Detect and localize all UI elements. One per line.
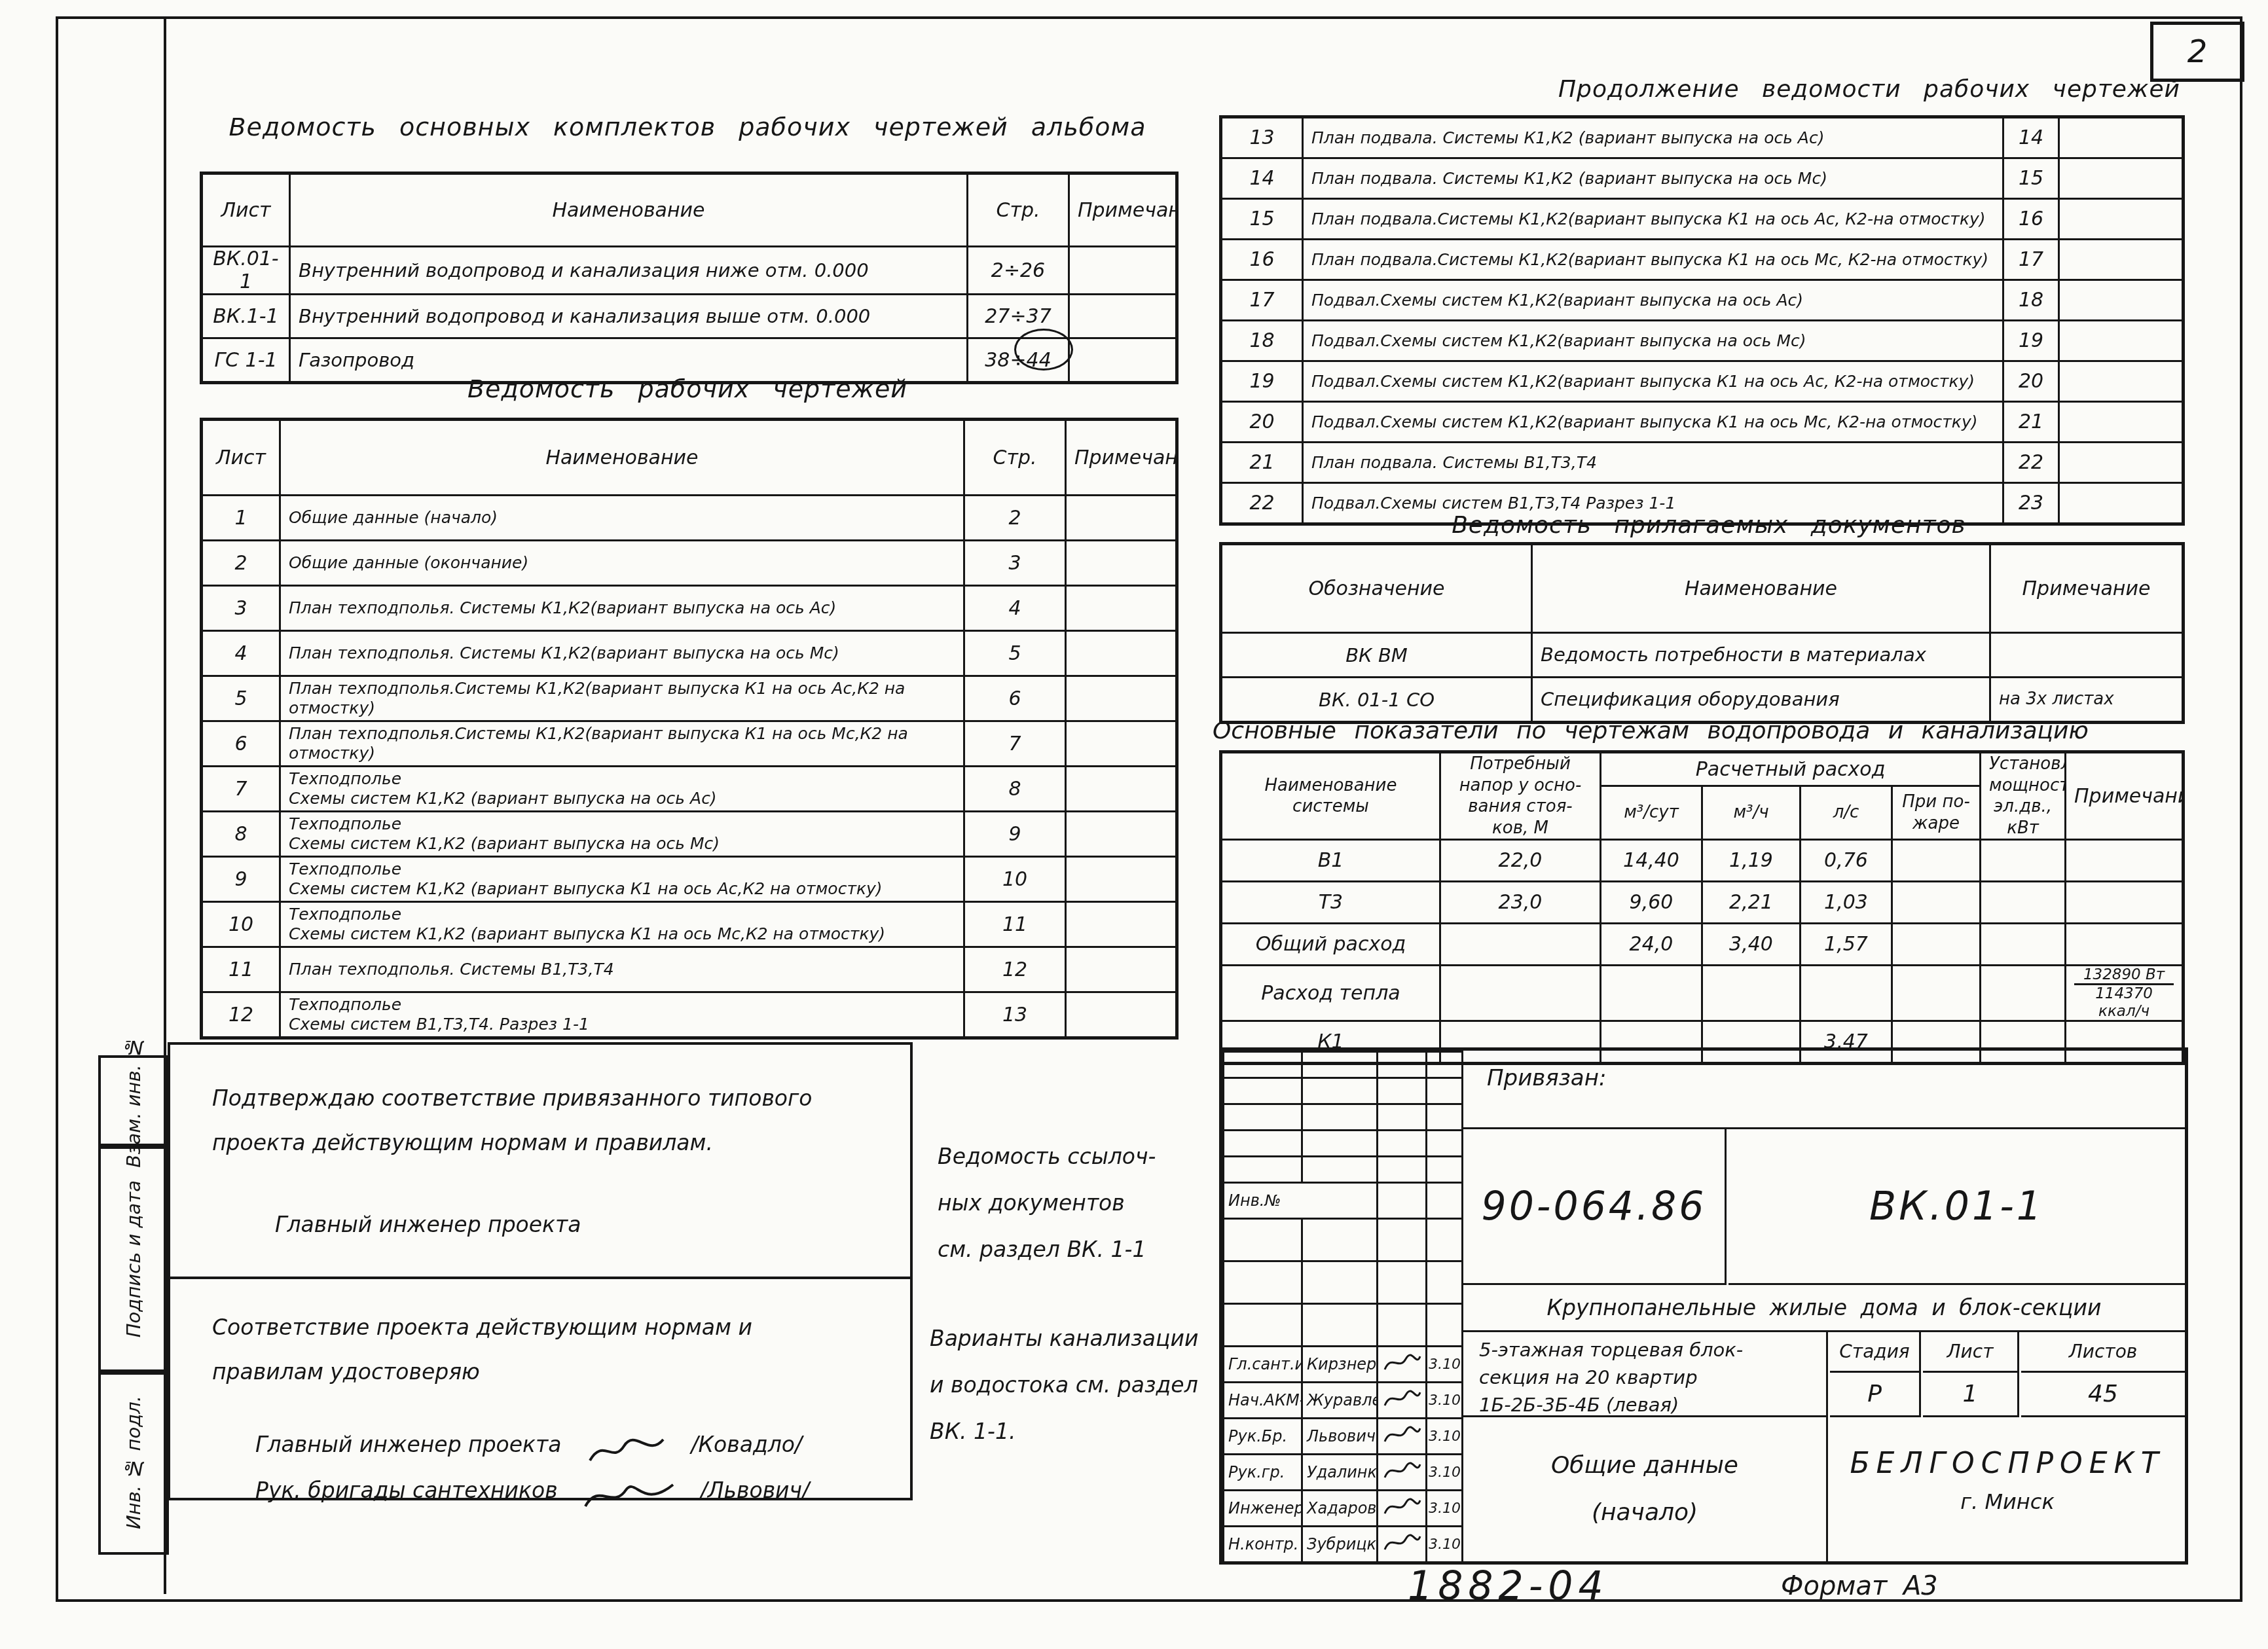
grid-row (1224, 1219, 1463, 1261)
table-row: 11 План техподполья. Системы В1,Т3,Т4 12 (202, 947, 1177, 992)
empty-cell (1224, 1052, 1302, 1078)
sheet-label: Лист (1923, 1332, 2019, 1373)
page-number: 2 (2187, 33, 2208, 70)
table-row: 1 Общие данные (начало) 2 (202, 496, 1177, 541)
attached-documents-table: Обозначение Наименование Примечание ВК В… (1219, 542, 2185, 724)
date-cell: 3.10.85 (1427, 1527, 1463, 1563)
note-numerator: 132890 Вт (2074, 966, 2174, 985)
page-cell: 13 (964, 992, 1066, 1038)
stage-label: Стадия (1830, 1332, 1921, 1373)
head-cell (1440, 966, 1601, 1021)
name-cell: План техподполья. Системы К1,К2(вариант … (280, 631, 964, 676)
signature-row: Н.контр. Зубрицкая 3.10.85 (1224, 1527, 1463, 1563)
role-cell: Рук.Бр. (1224, 1419, 1302, 1455)
note-cell (2059, 240, 2184, 280)
note-cell (1066, 586, 1177, 631)
sheet-cell: ВК.01-1 (202, 247, 290, 295)
col-header-designation: Обозначение (1221, 544, 1532, 633)
signature-cell (1378, 1347, 1427, 1383)
table-row: 12 Техподполье Схемы систем В1,Т3,Т4. Ра… (202, 992, 1177, 1038)
flow-sec-cell: 1,57 (1801, 924, 1892, 966)
sheet-cell: 4 (202, 631, 280, 676)
note-cell (2059, 483, 2184, 524)
empty-cell (1427, 1104, 1463, 1131)
sheet-cell: ВК.1-1 (202, 295, 290, 338)
name-cell: Зубрицкая (1302, 1527, 1378, 1563)
empty-cell (1427, 1052, 1463, 1078)
system-cell: Т3 (1221, 882, 1440, 924)
table-row: 21 План подвала. Системы В1,Т3,Т4 22 (1221, 443, 2184, 483)
working-table: Лист Наименование Стр. Примечание 1 Общи… (200, 418, 1179, 1040)
power-cell (1981, 840, 2066, 882)
table-row: 7 Техподполье Схемы систем К1,К2 (вариан… (202, 767, 1177, 812)
table-row: 2 Общие данные (окончание) 3 (202, 541, 1177, 586)
flow-hour-cell: 2,21 (1702, 882, 1801, 924)
sheet-cell: 5 (202, 676, 280, 721)
grid-row (1224, 1131, 1463, 1157)
signer-name: /Львович/ (701, 1468, 810, 1513)
signature-icon (1382, 1423, 1423, 1445)
date-cell: 3.10.85 (1427, 1491, 1463, 1527)
signature-icon (1382, 1531, 1423, 1553)
note-cell (1066, 541, 1177, 586)
empty-cell (1302, 1078, 1378, 1104)
page-cell: 15 (2003, 158, 2059, 199)
name-cell: Внутренний водопровод и канализация выше… (290, 295, 968, 338)
name-cell: Внутренний водопровод и канализация ниже… (290, 247, 968, 295)
empty-cell (1378, 1219, 1427, 1261)
sheet-cell: ГС 1-1 (202, 338, 290, 383)
sheet-cell: 16 (1221, 240, 1303, 280)
signature-cell (1378, 1491, 1427, 1527)
empty-cell (1302, 1131, 1378, 1157)
flow-fire-cell (1892, 882, 1981, 924)
empty-cell (1302, 1304, 1378, 1347)
note-cell (2059, 361, 2184, 402)
sidebar-label: Подпись и дата (122, 1180, 145, 1337)
table-row: Общий расход 24,0 3,40 1,57 (1221, 924, 2184, 966)
grid-row (1224, 1261, 1463, 1304)
page-cell: 11 (964, 902, 1066, 947)
signer-name: /Ковадло/ (691, 1422, 802, 1467)
col-header-flow-sec: л/с (1801, 786, 1892, 840)
name-cell: Подвал.Схемы систем К1,К2(вариант выпуск… (1303, 361, 2003, 402)
circled-page-mark (1014, 329, 1073, 371)
page-cell: 3 (964, 541, 1066, 586)
approval-box-norms: Соответствие проекта действующим нормам … (168, 1279, 913, 1500)
col-header-flow-fire: При по- жаре (1892, 786, 1981, 840)
empty-cell (1378, 1078, 1427, 1104)
system-cell: Общий расход (1221, 924, 1440, 966)
sheet-cell: 8 (202, 812, 280, 857)
signer-role: Рук. бригады сантехников (255, 1468, 558, 1513)
power-cell (1981, 882, 2066, 924)
table-row: 10 Техподполье Схемы систем К1,К2 (вариа… (202, 902, 1177, 947)
col-header-power: Установл. мощность эл.дв., кВт (1981, 752, 2066, 840)
page-number-box: 2 (2150, 22, 2244, 82)
name-cell: План подвала. Системы К1,К2 (вариант вып… (1303, 117, 2003, 158)
series-title: Крупнопанельные жилые дома и блок-секции (1461, 1285, 2185, 1332)
empty-cell (1378, 1261, 1427, 1304)
stage-value: Р (1830, 1373, 1921, 1417)
approver-role: Главный инженер проекта (170, 1165, 910, 1247)
empty-cell (1378, 1304, 1427, 1347)
col-header-system: Наименование системы (1221, 752, 1440, 840)
col-header-page: Стр. (968, 173, 1069, 247)
name-cell: Спецификация оборудования (1532, 678, 1990, 723)
col-header-name: Наименование (280, 420, 964, 496)
name-cell: Техподполье Схемы систем К1,К2 (вариант … (280, 857, 964, 902)
col-header-note: Примечание (2066, 752, 2184, 840)
name-cell: Кирзнер (1302, 1347, 1378, 1383)
head-cell: 22,0 (1440, 840, 1601, 882)
sheet-cell: 9 (202, 857, 280, 902)
flow-sec-cell (1801, 966, 1892, 1021)
system-cell: В1 (1221, 840, 1440, 882)
name-cell: План подвала.Системы К1,К2(вариант выпус… (1303, 240, 2003, 280)
empty-cell (1302, 1104, 1378, 1131)
sheet-cell: 19 (1221, 361, 1303, 402)
table-header-row: Наименование системы Потребный напор у о… (1221, 752, 2184, 786)
page-cell: 4 (964, 586, 1066, 631)
signature-row: Гл.сант.ин Кирзнер 3.10.85 (1224, 1347, 1463, 1383)
note-cell (2059, 117, 2184, 158)
sidebar-box-replacement-inv: Взам. инв. № (98, 1055, 169, 1149)
empty-cell (1224, 1304, 1302, 1347)
sidebar-box-signature-date: Подпись и дата (98, 1144, 169, 1375)
name-cell: Подвал.Схемы систем К1,К2(вариант выпуск… (1303, 321, 2003, 361)
name-cell: Подвал.Схемы систем К1,К2(вариант выпуск… (1303, 280, 2003, 321)
grid-row (1224, 1304, 1463, 1347)
note-cell (1066, 857, 1177, 902)
empty-cell (1427, 1219, 1463, 1261)
note-cell (2059, 199, 2184, 240)
table-row: ВК ВМ Ведомость потребности в материалах (1221, 633, 2184, 678)
sheet-cell: 22 (1221, 483, 1303, 524)
signature-cell (1378, 1455, 1427, 1491)
table-row: 14 План подвала. Системы К1,К2 (вариант … (1221, 158, 2184, 199)
name-cell: Техподполье Схемы систем В1,Т3,Т4. Разре… (280, 992, 964, 1038)
signature-icon (1382, 1351, 1423, 1373)
sheet-cell: 6 (202, 721, 280, 767)
table-row: 15 План подвала.Системы К1,К2(вариант вы… (1221, 199, 2184, 240)
date-cell: 3.10.85 (1427, 1455, 1463, 1491)
page-cell: 18 (2003, 280, 2059, 321)
col-header-flow-hour: м³/ч (1702, 786, 1801, 840)
note-denominator: 114370 ккал/ч (2074, 985, 2174, 1020)
sheet-cell: 3 (202, 586, 280, 631)
head-cell (1440, 924, 1601, 966)
sheet-cell: 17 (1221, 280, 1303, 321)
note-cell (2059, 158, 2184, 199)
empty-cell (1378, 1157, 1427, 1183)
empty-cell (1224, 1078, 1302, 1104)
sheet-cell: 21 (1221, 443, 1303, 483)
table-row: 6 План техподполья.Системы К1,К2(вариант… (202, 721, 1177, 767)
sheet-code: ВК.01-1 (1728, 1129, 2185, 1285)
sheet-cell: 7 (202, 767, 280, 812)
table-header-row: Лист Наименование Стр. Примечание (202, 420, 1177, 496)
approval-statement: Подтверждаю соответствие привязанного ти… (170, 1045, 910, 1165)
sheet-cell: 11 (202, 947, 280, 992)
sheet-cell: 10 (202, 902, 280, 947)
inventory-row: Инв.№ (1224, 1183, 1463, 1219)
note-cell (1069, 338, 1177, 383)
note-cell (1066, 496, 1177, 541)
flow-day-cell: 24,0 (1601, 924, 1702, 966)
name-cell: Общие данные (начало) (280, 496, 964, 541)
table-row: ВК.01-1 Внутренний водопровод и канализа… (202, 247, 1177, 295)
name-cell: Ведомость потребности в материалах (1532, 633, 1990, 678)
sheet-title: Общие данные (начало) (1461, 1417, 1828, 1561)
empty-cell (1378, 1183, 1427, 1219)
table-row: 4 План техподполья. Системы К1,К2(вариан… (202, 631, 1177, 676)
flow-sec-cell: 0,76 (1801, 840, 1892, 882)
table-header-row: Обозначение Наименование Примечание (1221, 544, 2184, 633)
empty-cell (1427, 1078, 1463, 1104)
empty-cell (1302, 1219, 1378, 1261)
empty-cell (1427, 1261, 1463, 1304)
empty-cell (1302, 1052, 1378, 1078)
page-cell: 14 (2003, 117, 2059, 158)
inventory-label: Инв.№ (1224, 1183, 1378, 1219)
sheet-cell: 14 (1221, 158, 1303, 199)
sheet-cell: 20 (1221, 402, 1303, 443)
empty-cell (1378, 1052, 1427, 1078)
working-table-body: 1 Общие данные (начало) 2 2 Общие данные… (202, 496, 1177, 1038)
sheet-cell: 1 (202, 496, 280, 541)
name-cell: Техподполье Схемы систем К1,К2 (вариант … (280, 902, 964, 947)
signature-row: Нач.АКМ-2 Журавлев 3.10.85 (1224, 1383, 1463, 1419)
power-cell (1981, 924, 2066, 966)
note-cell (1990, 633, 2184, 678)
title-block: Инв.№ Гл.сант.ин Кирзнер (1219, 1047, 2188, 1565)
empty-cell (1427, 1131, 1463, 1157)
note-cell (1066, 902, 1177, 947)
empty-cell (1427, 1157, 1463, 1183)
designation-cell: ВК. 01-1 СО (1221, 678, 1532, 723)
binding-section: Привязан: (1461, 1051, 2185, 1129)
col-header-flow-day: м³/сут (1601, 786, 1702, 840)
table-row: 3 План техподполья. Системы К1,К2(вариан… (202, 586, 1177, 631)
name-cell: План подвала. Системы В1,Т3,Т4 (1303, 443, 2003, 483)
note-cell (1069, 295, 1177, 338)
page-cell: 16 (2003, 199, 2059, 240)
sidebar-box-inv-original: Инв. № подл. (98, 1369, 169, 1555)
signature-row: Инженер Хадарович 3.10.85 (1224, 1491, 1463, 1527)
name-cell: План техподполья. Системы К1,К2(вариант … (280, 586, 964, 631)
certify-statement: Соответствие проекта действующим нормам … (170, 1279, 910, 1394)
page-cell: 22 (2003, 443, 2059, 483)
organization-name: БЕЛГОСПРОЕКТ (1830, 1447, 2185, 1480)
sheets-total: 45 (2021, 1373, 2185, 1417)
sheets-label: Листов (2021, 1332, 2185, 1373)
table-row: 8 Техподполье Схемы систем К1,К2 (вариан… (202, 812, 1177, 857)
empty-cell (1427, 1183, 1463, 1219)
page-cell: 12 (964, 947, 1066, 992)
flow-day-cell (1601, 966, 1702, 1021)
signature-icon (1382, 1387, 1423, 1409)
page-cell: 6 (964, 676, 1066, 721)
working-table-title: Ведомость рабочих чертежей (340, 374, 1034, 403)
note-cell (1066, 812, 1177, 857)
signature-icon (580, 1477, 678, 1513)
page-cell: 20 (2003, 361, 2059, 402)
flow-fire-cell (1892, 840, 1981, 882)
page-cell: 19 (2003, 321, 2059, 361)
sheet-cell: 12 (202, 992, 280, 1038)
col-header-name: Наименование (290, 173, 968, 247)
signature-cell (1378, 1527, 1427, 1563)
name-cell: План подвала.Системы К1,К2(вариант выпус… (1303, 199, 2003, 240)
note-cell (2066, 840, 2184, 882)
note-cell (2059, 443, 2184, 483)
note-cell (1066, 676, 1177, 721)
page-cell: 10 (964, 857, 1066, 902)
col-header-sheet: Лист (202, 420, 280, 496)
name-cell: Хадарович (1302, 1491, 1378, 1527)
page-cell: 2÷26 (968, 247, 1069, 295)
note-cell (1069, 247, 1177, 295)
signature-row: Рук.гр. Удалинкина 3.10.85 (1224, 1455, 1463, 1491)
grid-row (1224, 1104, 1463, 1131)
empty-cell (1224, 1157, 1302, 1183)
flow-hour-cell: 3,40 (1702, 924, 1801, 966)
signature-row: Рук.Бр. Львович 3.10.85 (1224, 1419, 1463, 1455)
head-cell: 23,0 (1440, 882, 1601, 924)
col-header-flow-group: Расчетный расход (1601, 752, 1981, 786)
empty-cell (1378, 1131, 1427, 1157)
approval-box-typical-project: Подтверждаю соответствие привязанного ти… (168, 1042, 913, 1279)
page-cell: 9 (964, 812, 1066, 857)
designation-cell: ВК ВМ (1221, 633, 1532, 678)
col-header-note: Примечание (1066, 420, 1177, 496)
drawing-sheet: 2 Ведомость основных комплектов рабочих … (0, 0, 2268, 1649)
role-cell: Рук.гр. (1224, 1455, 1302, 1491)
signature-cell (1378, 1419, 1427, 1455)
attached-table-body: ВК ВМ Ведомость потребности в материалах… (1221, 633, 2184, 723)
col-header-page: Стр. (964, 420, 1066, 496)
name-cell: Львович (1302, 1419, 1378, 1455)
sheet-cell: 2 (202, 541, 280, 586)
note-cell (2059, 321, 2184, 361)
project-code: 90-064.86 (1461, 1129, 1727, 1285)
object-title: 5-этажная торцевая блок- секция на 20 кв… (1461, 1332, 1828, 1417)
date-cell: 3.10.85 (1427, 1383, 1463, 1419)
note-cell (1066, 992, 1177, 1038)
col-header-note: Примечание (1990, 544, 2184, 633)
grid-row (1224, 1157, 1463, 1183)
note-cell (1066, 947, 1177, 992)
indicators-table: Наименование системы Потребный напор у о… (1219, 750, 2185, 1065)
table-row: В1 22,0 14,40 1,19 0,76 (1221, 840, 2184, 882)
note-cell: на 3х листах (1990, 678, 2184, 723)
role-cell: Нач.АКМ-2 (1224, 1383, 1302, 1419)
table-header-row: Лист Наименование Стр. Примечание (202, 173, 1177, 247)
col-header-name: Наименование (1532, 544, 1990, 633)
note-cell: 132890 Вт 114370 ккал/ч (2066, 966, 2184, 1021)
table-row: 13 План подвала. Системы К1,К2 (вариант … (1221, 117, 2184, 158)
empty-cell (1427, 1304, 1463, 1347)
table-row: 17 Подвал.Схемы систем К1,К2(вариант вып… (1221, 280, 2184, 321)
empty-cell (1224, 1219, 1302, 1261)
name-cell: План техподполья. Системы В1,Т3,Т4 (280, 947, 964, 992)
note-cell (1066, 631, 1177, 676)
format-label: Формат А3 (1781, 1571, 1938, 1601)
signature-icon (1382, 1459, 1423, 1481)
sheet-cell: 13 (1221, 117, 1303, 158)
grid-row (1224, 1078, 1463, 1104)
note-cell (2059, 280, 2184, 321)
table-row: Расход тепла 132890 Вт 114370 ккал/ч (1221, 966, 2184, 1021)
table-row: Т3 23,0 9,60 2,21 1,03 (1221, 882, 2184, 924)
date-cell: 3.10.85 (1427, 1419, 1463, 1455)
name-cell: Техподполье Схемы систем К1,К2 (вариант … (280, 812, 964, 857)
table-row: ВК. 01-1 СО Спецификация оборудования на… (1221, 678, 2184, 723)
flow-day-cell: 14,40 (1601, 840, 1702, 882)
continuation-table-title: Продолжение ведомости рабочих чертежей (1558, 76, 2180, 103)
sidebar-label: Инв. № подл. (122, 1396, 145, 1529)
flow-day-cell: 9,60 (1601, 882, 1702, 924)
signature-rows: Гл.сант.ин Кирзнер 3.10.85 Нач.АКМ-2 Жур… (1224, 1347, 1463, 1563)
col-header-head: Потребный напор у осно- вания стоя- ков,… (1440, 752, 1601, 840)
table-row: 16 План подвала.Системы К1,К2(вариант вы… (1221, 240, 2184, 280)
name-cell: Общие данные (окончание) (280, 541, 964, 586)
binding-label: Привязан: (1463, 1051, 2185, 1091)
flow-fire-cell (1892, 966, 1981, 1021)
note-cell (1066, 721, 1177, 767)
page-cell: 8 (964, 767, 1066, 812)
empty-cell (1378, 1104, 1427, 1131)
table-row: 5 План техподполья.Системы К1,К2(вариант… (202, 676, 1177, 721)
signature-icon (583, 1434, 668, 1467)
name-cell: Удалинкина (1302, 1455, 1378, 1491)
flow-sec-cell: 1,03 (1801, 882, 1892, 924)
page-cell: 2 (964, 496, 1066, 541)
signer-role: Главный инженер проекта (255, 1422, 561, 1467)
title-block-grid: Инв.№ Гл.сант.ин Кирзнер (1222, 1051, 1463, 1563)
organization-city: г. Минск (1830, 1489, 2185, 1514)
continuation-table: 13 План подвала. Системы К1,К2 (вариант … (1219, 115, 2185, 526)
empty-cell (1224, 1261, 1302, 1304)
sheet-cell: 18 (1221, 321, 1303, 361)
system-cell: Расход тепла (1221, 966, 1440, 1021)
note-cell (2066, 882, 2184, 924)
signature-icon (1382, 1495, 1423, 1517)
empty-cell (1224, 1104, 1302, 1131)
indicators-table-body: В1 22,0 14,40 1,19 0,76 Т3 23,0 9,6 (1221, 840, 2184, 1064)
name-cell: Журавлев (1302, 1383, 1378, 1419)
note-cell (2066, 924, 2184, 966)
page-cell: 21 (2003, 402, 2059, 443)
empty-cell (1224, 1131, 1302, 1157)
table-row: 19 Подвал.Схемы систем К1,К2(вариант вып… (1221, 361, 2184, 402)
continuation-table-body: 13 План подвала. Системы К1,К2 (вариант … (1221, 117, 2184, 524)
flow-fire-cell (1892, 924, 1981, 966)
page-cell: 17 (2003, 240, 2059, 280)
role-cell: Инженер (1224, 1491, 1302, 1527)
role-cell: Гл.сант.ин (1224, 1347, 1302, 1383)
signature-cell (1378, 1383, 1427, 1419)
organization-box: БЕЛГОСПРОЕКТ г. Минск (1830, 1417, 2185, 1561)
name-cell: Техподполье Схемы систем К1,К2 (вариант … (280, 767, 964, 812)
name-cell: Подвал.Схемы систем К1,К2(вариант выпуск… (1303, 402, 2003, 443)
flow-hour-cell: 1,19 (1702, 840, 1801, 882)
album-table-title: Ведомость основных комплектов рабочих че… (216, 113, 1159, 141)
name-cell: План подвала. Системы К1,К2 (вариант вып… (1303, 158, 2003, 199)
date-cell: 3.10.85 (1427, 1347, 1463, 1383)
note-cell (1066, 767, 1177, 812)
